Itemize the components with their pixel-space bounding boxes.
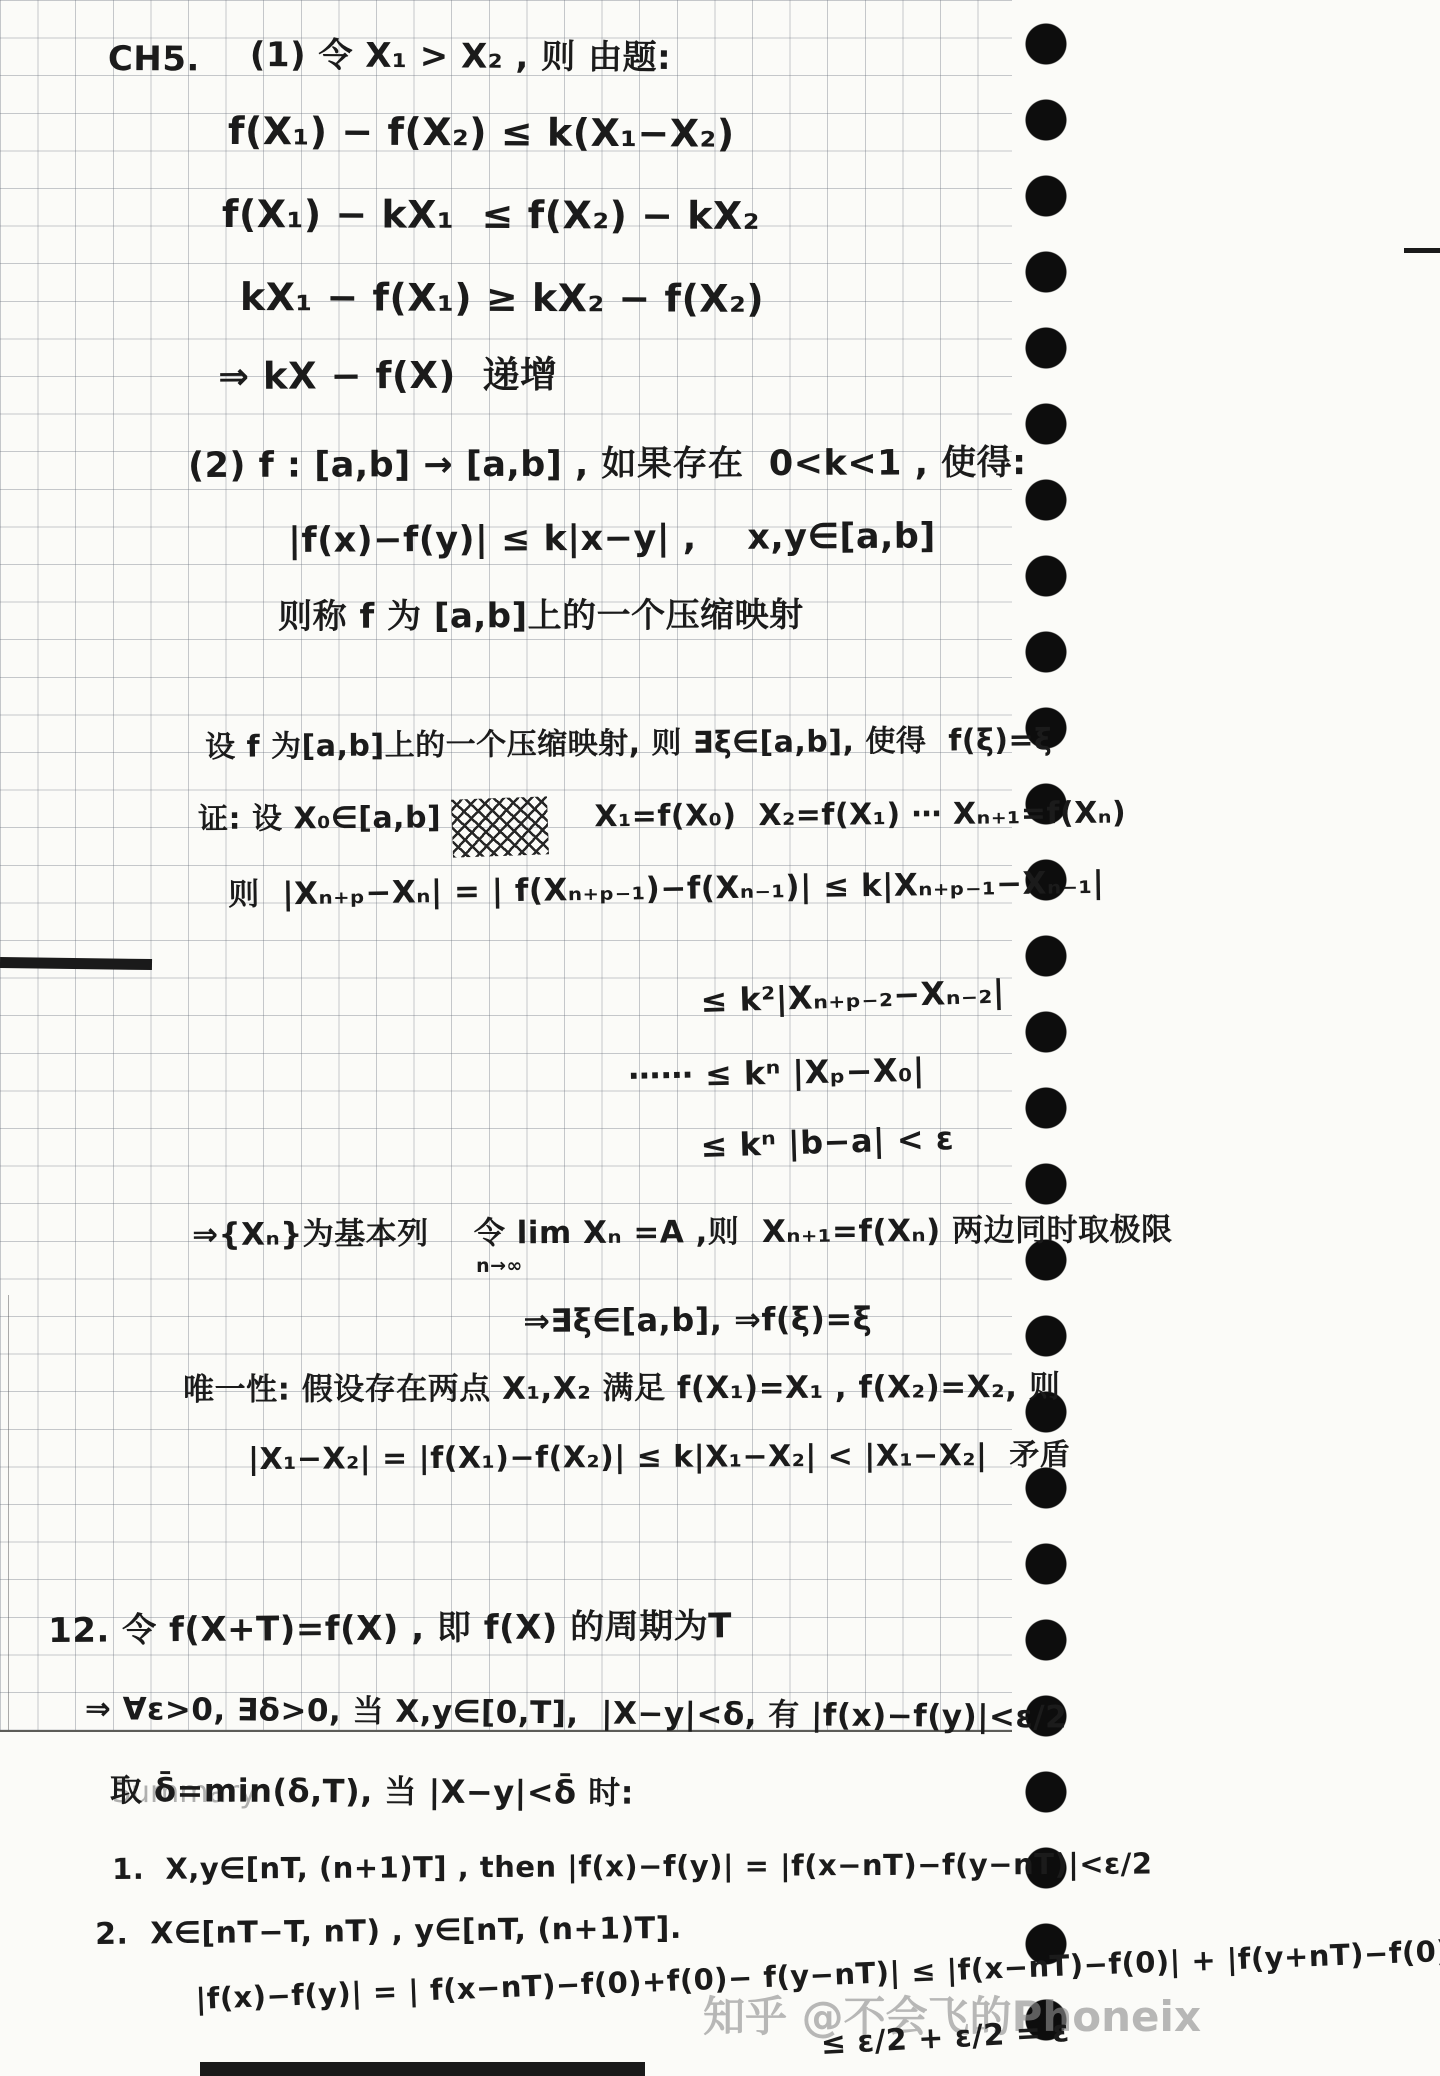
note-line-uniqueness-contradiction: |X₁−X₂| = |f(X₁)−f(X₂)| ≤ k|X₁−X₂| < |X₁…	[248, 1439, 1070, 1478]
note-line-lipschitz-condition: |f(x)−f(y)| ≤ k|x−y| , x,y∈[a,b]	[288, 516, 936, 561]
note-line-conclusion-increasing: ⇒ kX − f(X) 递增	[218, 354, 558, 398]
note-line-ineq-2: f(X₁) − kX₁ ≤ f(X₂) − kX₂	[222, 193, 760, 239]
note-line-ineq-1: f(X₁) − f(X₂) ≤ k(X₁−X₂)	[228, 110, 735, 156]
photo-artifact-bottom-bar	[200, 2062, 645, 2076]
note-line-case-1: 1. X,y∈[nT, (n+1)T] , then |f(x)−f(y)| =…	[112, 1848, 1153, 1887]
note-line-proof-sequence: 证: 设 X₀∈[a,b] X₁=f(X₀) X₂=f(X₁) ⋯ Xₙ₊₁=f…	[198, 797, 1126, 838]
note-line-delta-bar: 取 δ̄=min(δ,T), 当 |X−y|<δ̄ 时:	[110, 1772, 634, 1812]
note-line-limit-argument: ⇒{Xₙ}为基本列 令 lim Xₙ =A ,则 Xₙ₊₁=f(Xₙ) 两边同时…	[192, 1213, 1173, 1254]
note-line-part2-definition: (2) f : [a,b] → [a,b] , 如果存在 0<k<1 , 使得:	[188, 443, 1027, 486]
note-line-uniqueness-setup: 唯一性: 假设存在两点 X₁,X₂ 满足 f(X₁)=X₁ , f(X₂)=X₂…	[183, 1370, 1060, 1409]
note-line-part1-setup: (1) 令 X₁ > X₂ , 则 由题:	[250, 36, 672, 78]
notebook-photo: Summary 知乎 @不会飞的Phoneix CH5. (1) 令 X₁ > …	[0, 0, 1440, 2076]
photo-artifact-right-mark	[1404, 248, 1440, 253]
note-line-cauchy-step-4: ≤ kⁿ |b−a| < ε	[700, 1120, 955, 1165]
note-line-case-2: 2. X∈[nT−T, nT) , y∈[nT, (n+1)T].	[95, 1912, 682, 1953]
note-line-contraction-name: 则称 f 为 [a,b]上的一个压缩映射	[278, 596, 804, 637]
note-line-existence-conclusion: ⇒∃ξ∈[a,b], ⇒f(ξ)=ξ	[523, 1301, 872, 1340]
note-line-fixed-point-theorem: 设 f 为[a,b]上的一个压缩映射, 则 ∃ξ∈[a,b], 使得 f(ξ)=…	[205, 724, 1052, 766]
note-line-problem12-setup: 12. 令 f(X+T)=f(X) , 即 f(X) 的周期为T	[48, 1607, 732, 1651]
sheet-left-edge	[8, 1295, 9, 1732]
photo-artifact-left-streak	[0, 957, 152, 970]
note-line-chapter-label: CH5.	[108, 40, 200, 80]
note-line-cauchy-step-3: ⋯⋯ ≤ kⁿ |Xₚ−X₀|	[628, 1052, 925, 1095]
lim-subscript: n→∞	[476, 1256, 523, 1278]
note-line-ineq-3: kX₁ − f(X₁) ≥ kX₂ − f(X₂)	[240, 276, 764, 322]
spiral-binding-holes	[1014, 6, 1078, 2070]
crossed-out-scribble	[451, 796, 549, 857]
